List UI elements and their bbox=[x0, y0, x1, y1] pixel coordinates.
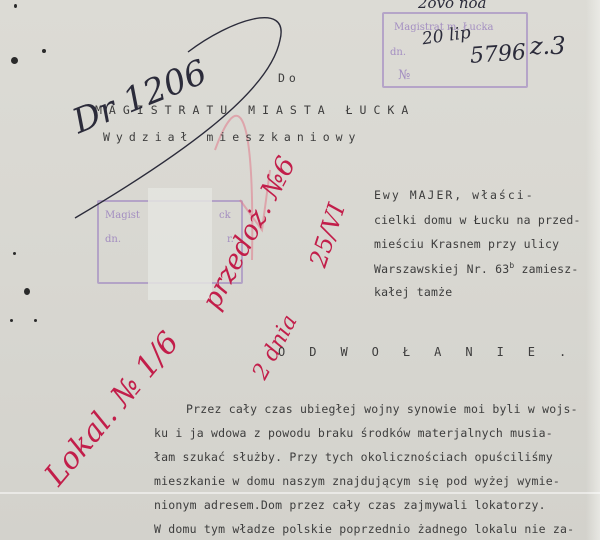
sender-line-2: cielki domu w Łucku na przed- bbox=[374, 213, 581, 227]
scanned-document-page: Magistrat m. Łucka dn. № 20 lip 5796 2ov… bbox=[0, 0, 600, 540]
sender-line-3: mieściu Krasnem przy ulicy bbox=[374, 237, 559, 251]
body-line-1: Przez cały czas ubiegłej wojny synowie m… bbox=[186, 402, 578, 416]
sender-address-tail: zamiesz- bbox=[514, 262, 578, 276]
sender-address: Warszawskiej Nr. 63 bbox=[374, 262, 509, 276]
body-line-2: ku i ja wdowa z powodu braku środków mat… bbox=[154, 426, 553, 440]
body-line-5: nionym adresem.Dom przez cały czas zajmy… bbox=[154, 498, 546, 512]
body-line-6: W domu tym władze polskie poprzednio żad… bbox=[154, 522, 574, 536]
body-line-3: łam szukać służby. Przy tych okolicznośc… bbox=[154, 450, 553, 464]
document-title: ODWOŁANIE. bbox=[278, 345, 590, 359]
sender-line-4: Warszawskiej Nr. 63b zamiesz- bbox=[374, 261, 579, 276]
body-line-4: mieszkanie w domu naszym znajdującym się… bbox=[154, 474, 560, 488]
sender-line-5: kałej tamże bbox=[374, 285, 452, 299]
salutation-to: Do bbox=[278, 71, 300, 85]
sender-line-1: Ewy MAJER, właści- bbox=[374, 188, 535, 202]
recipient-department: Wydział mieszkaniowy bbox=[103, 130, 361, 144]
